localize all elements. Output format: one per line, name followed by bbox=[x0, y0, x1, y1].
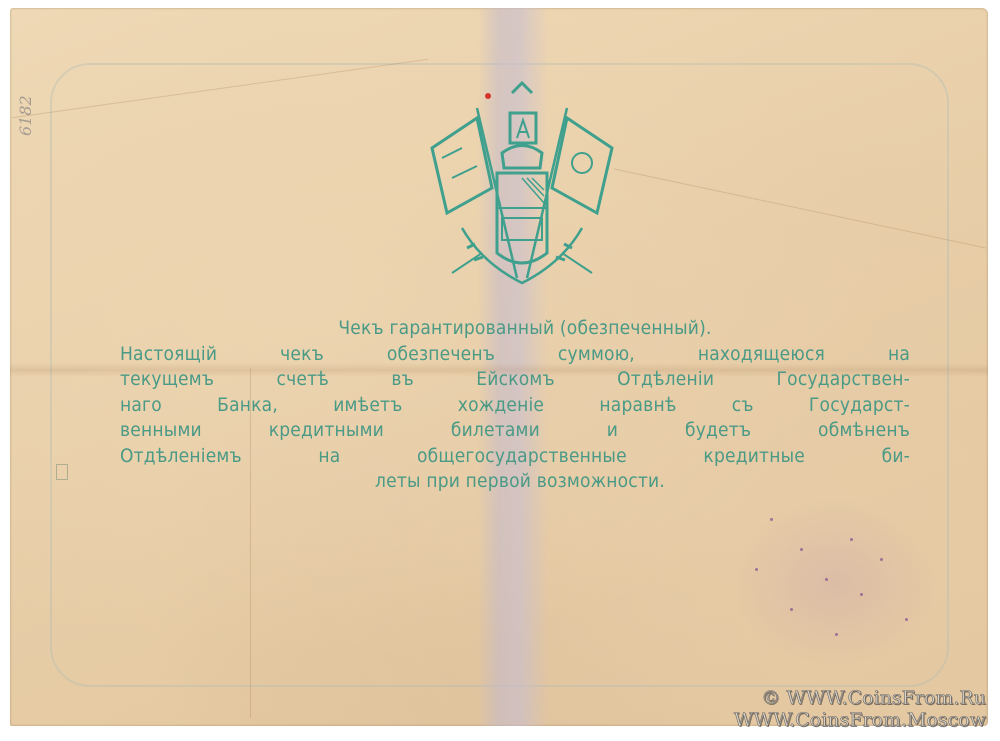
banknote: Чекъ гарантированный (обезпеченный). Нас… bbox=[10, 8, 988, 726]
guarantee-text: Чекъ гарантированный (обезпеченный). Нас… bbox=[120, 316, 910, 495]
body-line: венными кредитными билетами и будетъ обм… bbox=[120, 418, 910, 444]
heading: Чекъ гарантированный (обезпеченный). bbox=[120, 316, 910, 342]
body-line: текущемъ счетѣ въ Ейскомъ Отдѣленіи Госу… bbox=[120, 367, 910, 393]
faded-stamp bbox=[730, 498, 940, 668]
body-last-line: леты при первой возможности. bbox=[120, 469, 910, 495]
body-line: Настоящій чекъ обезпеченъ суммою, находя… bbox=[120, 342, 910, 368]
pencil-note: 6182 bbox=[16, 95, 35, 136]
copyright-watermark: © WWW.CoinsFrom.Ru WWW.CoinsFrom.Moscow bbox=[734, 687, 986, 731]
pencil-mark bbox=[56, 464, 68, 480]
watermark-line: © WWW.CoinsFrom.Ru bbox=[734, 687, 986, 709]
watermark-line: WWW.CoinsFrom.Moscow bbox=[734, 709, 986, 731]
coat-of-arms-icon bbox=[422, 78, 622, 303]
body-line: Отдѣленіемъ на общегосударственные креди… bbox=[120, 444, 910, 470]
body-line: наго Банка, имѣетъ хожденіе наравнѣ съ Г… bbox=[120, 393, 910, 419]
